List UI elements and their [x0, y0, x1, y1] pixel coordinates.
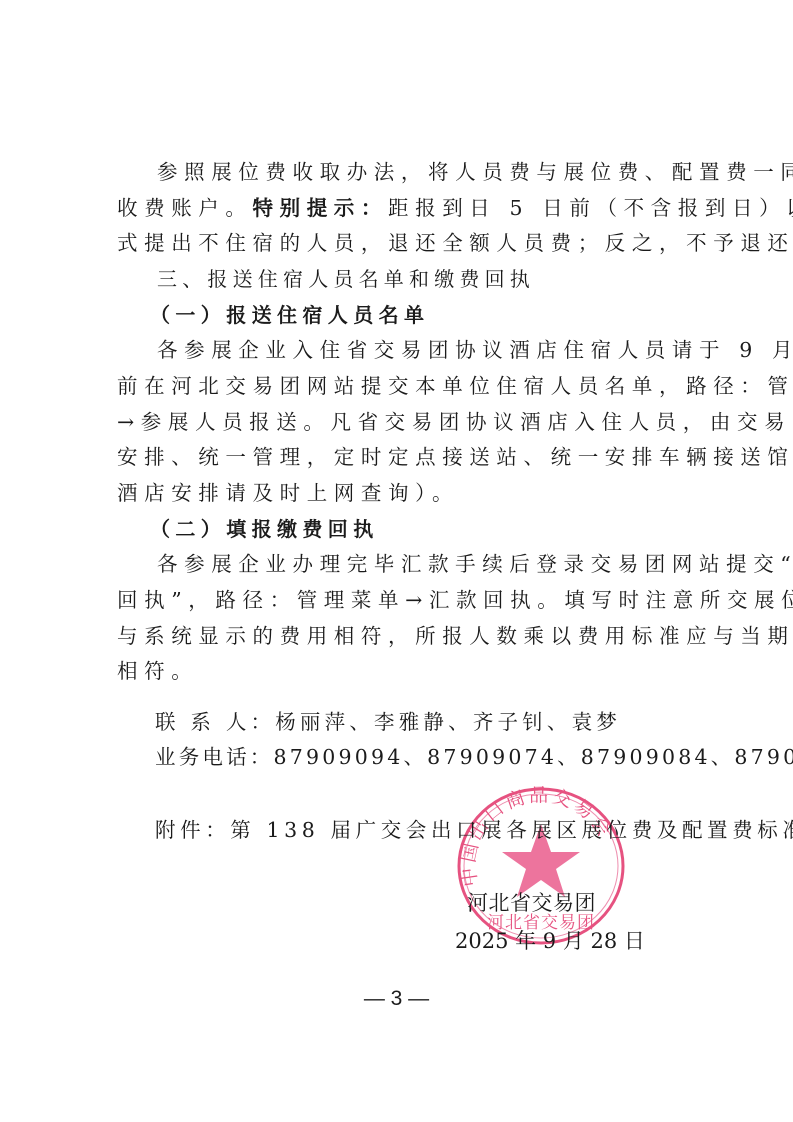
- business-phones: 业务电话：87909094、87909074、87909084、87909064: [155, 742, 745, 772]
- special-note-text: 距报到日 5 日前（不含报到日）以书面形: [388, 196, 793, 220]
- subsection-1-line-4: 安排、统一管理，定时定点接送站、统一安排车辆接送馆（具体: [117, 442, 707, 472]
- phone-label: 业务电话：: [155, 745, 274, 769]
- signature-date: 2025 年 9 月 28 日: [455, 926, 645, 956]
- subsection-2-line-3: 与系统显示的费用相符，所报人数乘以费用标准应与当期人员费: [117, 621, 707, 651]
- subsection-1-heading: （一）报送住宿人员名单: [150, 300, 740, 330]
- subsection-2-line-1: 各参展企业办理完毕汇款手续后登录交易团网站提交“汇款: [157, 549, 747, 579]
- phone-numbers: 87909094、87909074、87909084、87909064: [274, 745, 793, 769]
- page-number: — 3 —: [0, 984, 793, 1014]
- fee-paragraph-line-1: 参照展位费收取办法，将人员费与展位费、配置费一同汇至: [157, 157, 747, 187]
- contact-persons: 联 系 人：杨丽萍、李雅静、齐子钊、袁梦: [155, 707, 745, 737]
- subsection-1-line-3: →参展人员报送。凡省交易团协议酒店入住人员，由交易团集中: [117, 407, 707, 437]
- fee-paragraph-text: 收费账户。: [117, 196, 253, 220]
- fee-paragraph-line-2: 收费账户。特别提示：距报到日 5 日前（不含报到日）以书面形: [117, 193, 707, 223]
- subsection-1-line-1: 各参展企业入住省交易团协议酒店住宿人员请于 9 月 30 日: [157, 335, 747, 365]
- attachment-line: 附件：第 138 届广交会出口展各展区展位费及配置费标准: [155, 815, 745, 845]
- signature-organization: 河北省交易团: [467, 888, 596, 918]
- subsection-2-line-4: 相符。: [117, 656, 707, 686]
- section-3-heading: 三、报送住宿人员名单和缴费回执: [157, 264, 747, 294]
- subsection-2-line-2: 回执”，路径：管理菜单→汇款回执。填写时注意所交展位款应: [117, 585, 707, 615]
- official-seal-stamp: 中国出口商品交易会 河北省交易团: [456, 786, 626, 946]
- contact-names: 杨丽萍、李雅静、齐子钊、袁梦: [275, 710, 621, 734]
- subsection-1-line-5: 酒店安排请及时上网查询）。: [117, 478, 707, 508]
- subsection-2-heading: （二）填报缴费回执: [150, 514, 740, 544]
- subsection-1-line-2: 前在河北交易团网站提交本单位住宿人员名单，路径：管理菜单: [117, 371, 707, 401]
- document-page: 中国出口商品交易会 河北省交易团 参照展位费收取办法，将人员费与展位费、配置费一…: [0, 0, 793, 1122]
- fee-paragraph-line-3: 式提出不住宿的人员，退还全额人员费；反之，不予退还。: [117, 228, 707, 258]
- special-note-label: 特别提示：: [253, 196, 389, 220]
- contact-label: 联 系 人：: [155, 710, 275, 734]
